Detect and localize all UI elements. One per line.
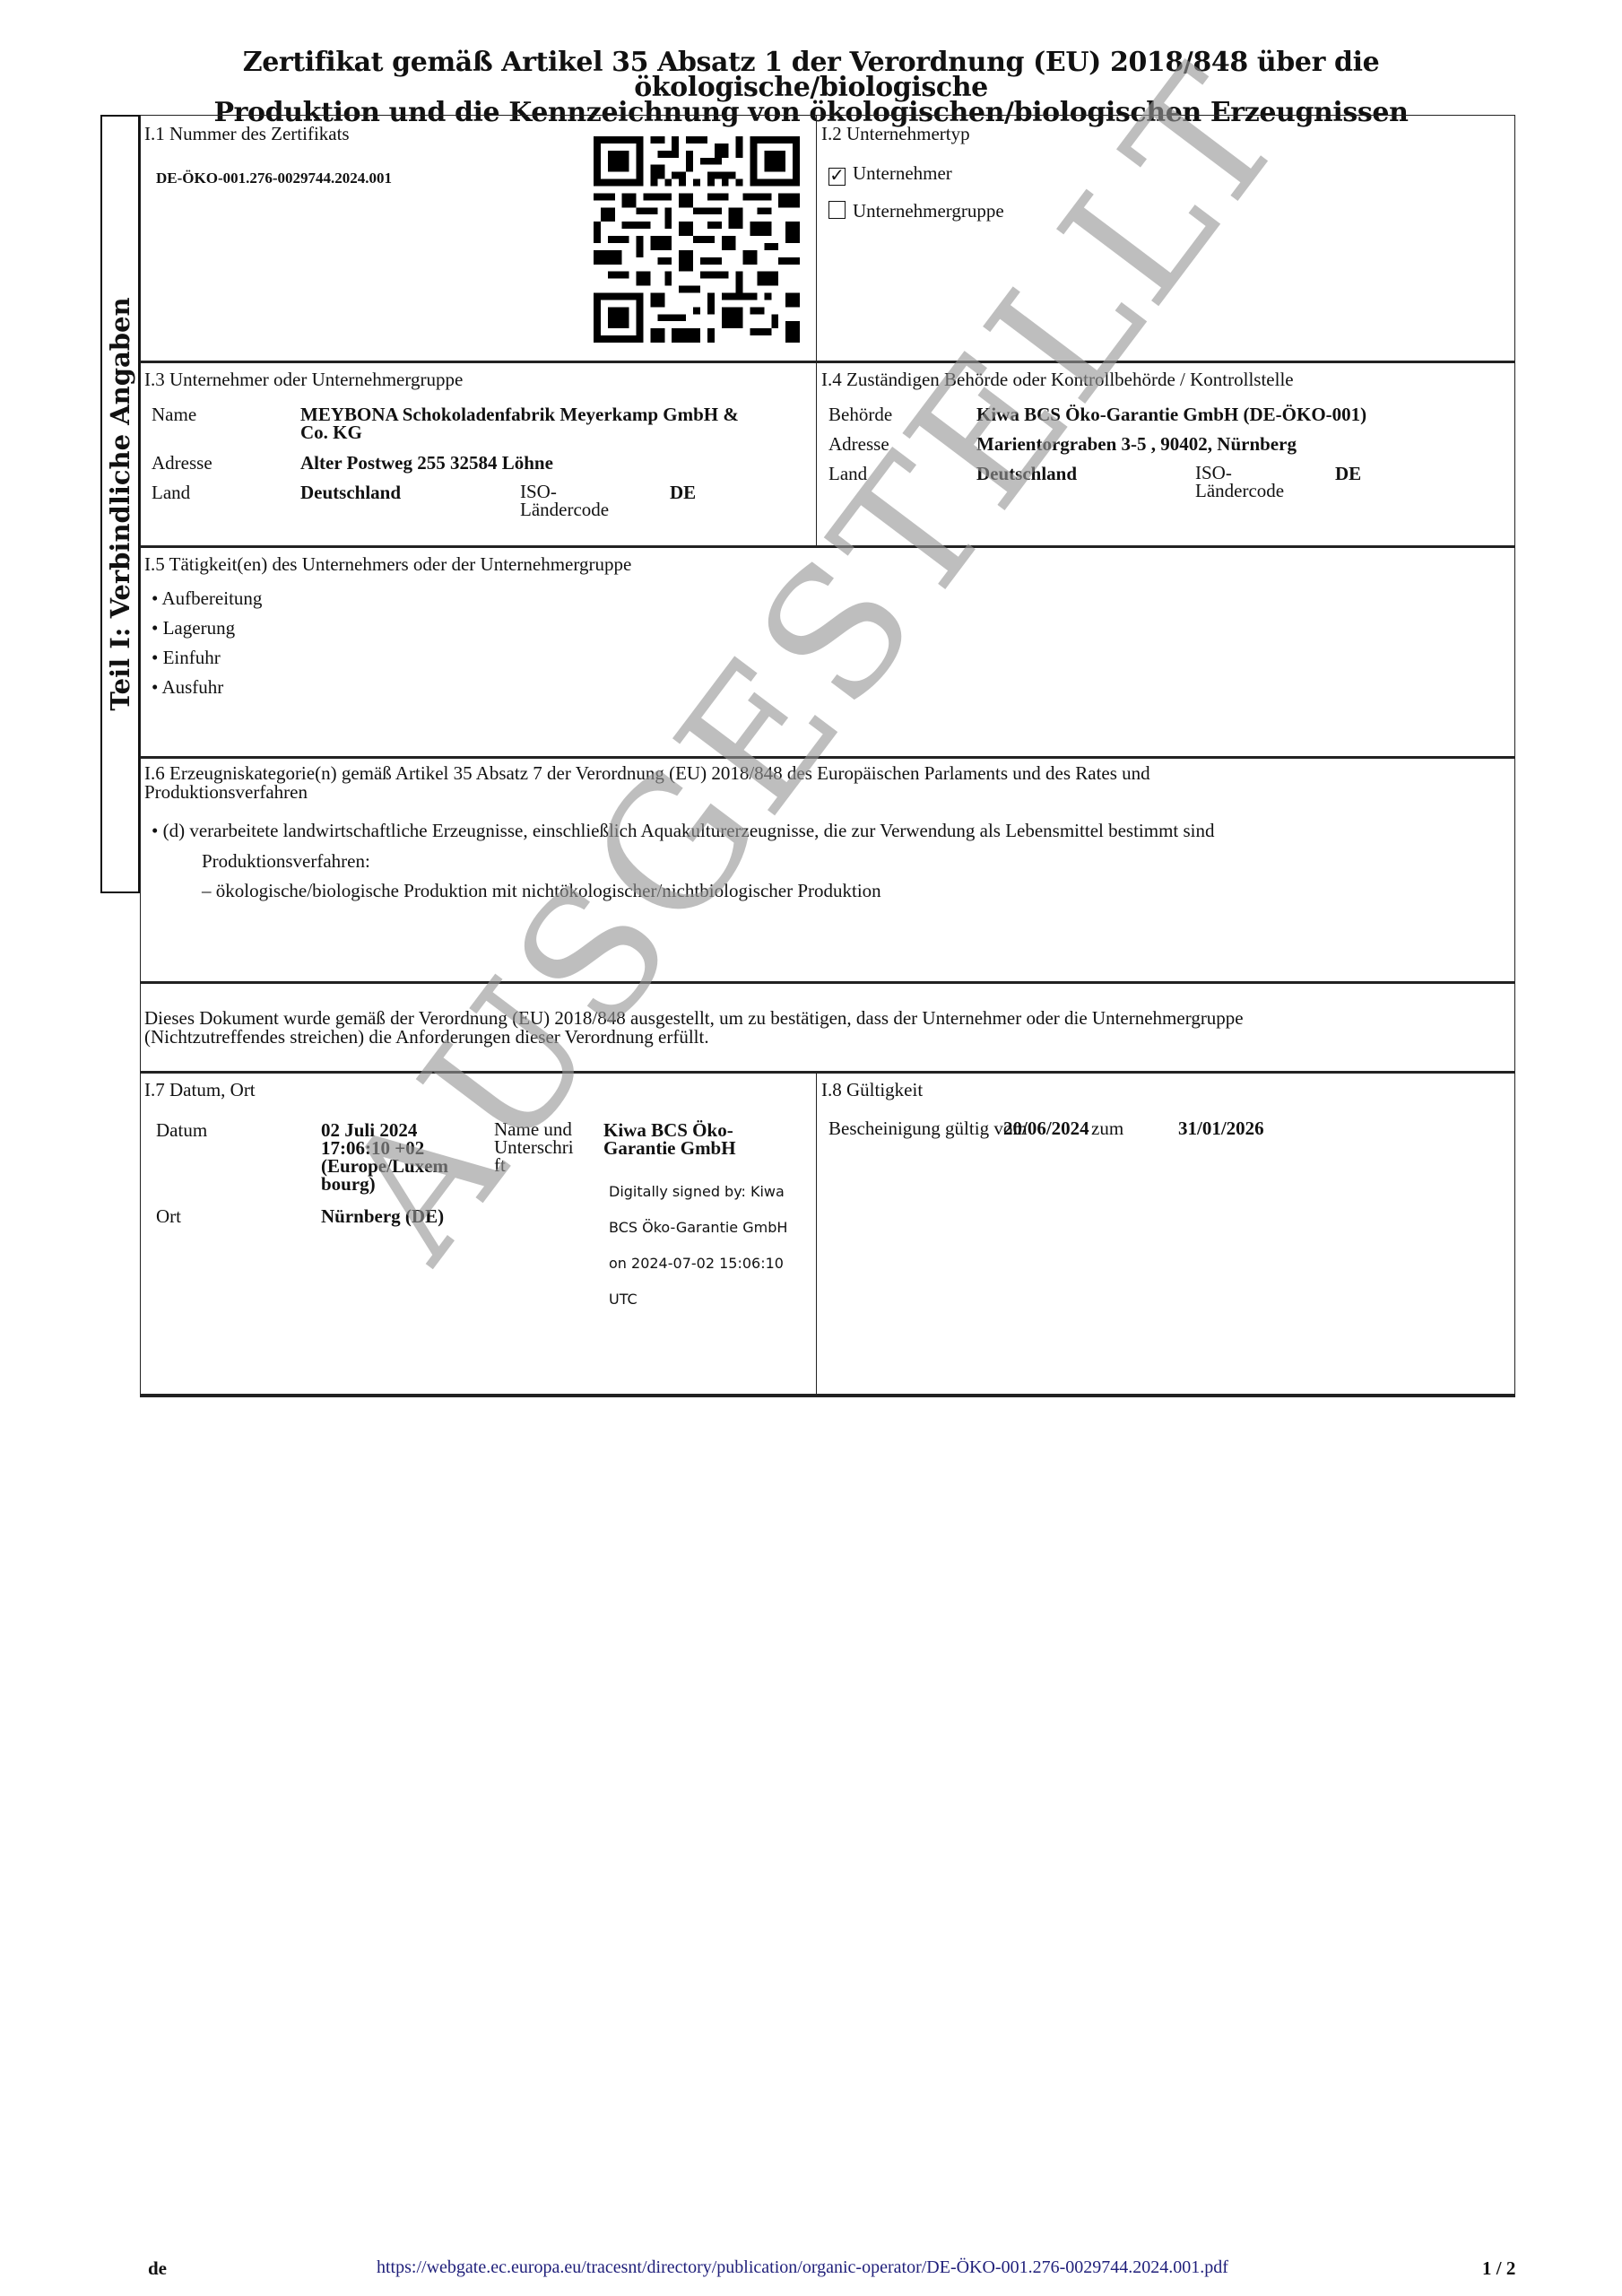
section-i4-authority: I.4 Zuständigen Behörde oder Kontrollbeh…	[816, 361, 1515, 546]
authority-country: Deutschland	[976, 465, 1077, 483]
footer-language: de	[148, 2257, 167, 2280]
signature-line: BCS Öko-Garantie GmbH	[609, 1210, 787, 1246]
issue-date-line: (Europe/Luxem	[321, 1157, 448, 1175]
operator-country: Deutschland	[300, 483, 401, 501]
production-procedure-label: Produktionsverfahren:	[202, 847, 370, 876]
production-procedure-value: – ökologische/biologische Produktion mit…	[202, 876, 881, 906]
i4-iso-label: ISO- Ländercode	[1195, 464, 1284, 500]
valid-to-date: 31/01/2026	[1178, 1119, 1264, 1137]
digital-signature: Digitally signed by: Kiwa BCS Öko-Garant…	[609, 1174, 787, 1318]
issue-place: Nürnberg (DE)	[321, 1207, 444, 1225]
i7-place-label: Ort	[156, 1206, 181, 1226]
section-statement: Dieses Dokument wurde gemäß der Verordnu…	[140, 981, 1515, 1072]
section-i5-activities: I.5 Tätigkeit(en) des Unternehmers oder …	[140, 545, 1515, 757]
checkbox-label-operator: Unternehmer	[853, 162, 952, 184]
checkbox-row-operator[interactable]: ✓Unternehmer	[828, 162, 952, 186]
activity-item: • Einfuhr	[152, 643, 262, 673]
i4-country-label: Land	[828, 464, 867, 483]
footer-page-number: 1 / 2	[1482, 2257, 1515, 2280]
operator-name-line-1: MEYBONA Schokoladenfabrik Meyerkamp GmbH…	[300, 405, 739, 423]
i2-label: I.2 Unternehmertyp	[821, 123, 970, 144]
i3-label: I.3 Unternehmer oder Unternehmergruppe	[144, 369, 463, 390]
valid-from-label: Bescheinigung gültig vom	[828, 1118, 1028, 1138]
checkbox-unchecked-icon[interactable]	[828, 201, 846, 219]
valid-from-date: 20/06/2024	[1003, 1119, 1089, 1137]
statement-line-2: (Nichtzutreffendes streichen) die Anford…	[144, 1028, 1244, 1047]
title-line-1: Zertifikat gemäß Artikel 35 Absatz 1 der…	[90, 50, 1532, 100]
checkbox-label-operator-group: Unternehmergruppe	[853, 200, 1004, 222]
operator-iso-code: DE	[670, 483, 696, 501]
activities-list: • Aufbereitung • Lagerung • Einfuhr • Au…	[152, 584, 262, 702]
i4-label: I.4 Zuständigen Behörde oder Kontrollbeh…	[821, 369, 1294, 390]
signer-label-line: ft	[494, 1156, 574, 1174]
section-i1-certificate-number: I.1 Nummer des Zertifikats DE-ÖKO-001.27…	[140, 115, 817, 361]
iso-label-line-1: ISO-	[1195, 464, 1284, 482]
compliance-statement: Dieses Dokument wurde gemäß der Verordnu…	[144, 1009, 1244, 1047]
section-i6-product-categories: I.6 Erzeugniskategorie(n) gemäß Artikel …	[140, 756, 1515, 982]
i8-label: I.8 Gültigkeit	[821, 1079, 923, 1100]
operator-name-line-2: Co. KG	[300, 423, 739, 441]
checkbox-row-operator-group[interactable]: Unternehmergruppe	[828, 200, 1004, 222]
issue-date-line: 02 Juli 2024	[321, 1121, 448, 1139]
i6-label-line-1: I.6 Erzeugniskategorie(n) gemäß Artikel …	[144, 764, 1150, 783]
signer-name-line: Kiwa BCS Öko-	[603, 1121, 736, 1139]
iso-label-line-2: Ländercode	[1195, 482, 1284, 500]
i4-address-label: Adresse	[828, 434, 889, 454]
section-i3-operator: I.3 Unternehmer oder Unternehmergruppe N…	[140, 361, 817, 546]
i3-address-label: Adresse	[152, 453, 213, 473]
issue-date-line: bourg)	[321, 1175, 448, 1193]
authority-address: Marientorgraben 3-5 , 90402, Nürnberg	[976, 435, 1297, 453]
i7-date-label: Datum	[156, 1120, 207, 1140]
signature-line: Digitally signed by: Kiwa	[609, 1174, 787, 1210]
i3-name-label: Name	[152, 404, 196, 424]
operator-address: Alter Postweg 255 32584 Löhne	[300, 454, 553, 472]
activity-item: • Lagerung	[152, 613, 262, 643]
signer-label-line: Unterschri	[494, 1138, 574, 1156]
i7-label: I.7 Datum, Ort	[144, 1079, 256, 1100]
authority-name: Kiwa BCS Öko-Garantie GmbH (DE-ÖKO-001)	[976, 405, 1366, 423]
section-i2-operator-type: I.2 Unternehmertyp ✓Unternehmer Unterneh…	[816, 115, 1515, 361]
valid-to-label: zum	[1091, 1118, 1123, 1138]
section-i7-date-place: I.7 Datum, Ort Datum 02 Juli 2024 17:06:…	[140, 1071, 817, 1397]
operator-name: MEYBONA Schokoladenfabrik Meyerkamp GmbH…	[300, 405, 739, 441]
issue-date-line: 17:06:10 +02	[321, 1139, 448, 1157]
iso-label-line-1: ISO-	[520, 483, 609, 500]
issue-date: 02 Juli 2024 17:06:10 +02 (Europe/Luxem …	[321, 1121, 448, 1193]
signer-label: Name und Unterschri ft	[494, 1120, 574, 1174]
activity-item: • Ausfuhr	[152, 673, 262, 702]
certificate-grid: I.1 Nummer des Zertifikats DE-ÖKO-001.27…	[140, 115, 1515, 1397]
signer-name: Kiwa BCS Öko- Garantie GmbH	[603, 1121, 736, 1157]
checkbox-checked-icon[interactable]: ✓	[828, 168, 846, 186]
activity-item: • Aufbereitung	[152, 584, 262, 613]
i3-iso-label: ISO- Ländercode	[520, 483, 609, 518]
signer-label-line: Name und	[494, 1120, 574, 1138]
signature-line: UTC	[609, 1282, 787, 1318]
part-one-side-tab: Teil I: Verbindliche Angaben	[100, 115, 140, 893]
i1-label: I.1 Nummer des Zertifikats	[144, 123, 350, 144]
i3-country-label: Land	[152, 483, 190, 502]
i6-label-line-2: Produktionsverfahren	[144, 783, 1150, 802]
side-tab-label: Teil I: Verbindliche Angaben	[105, 297, 135, 710]
certificate-number: DE-ÖKO-001.276-0029744.2024.001	[156, 170, 392, 187]
i4-authority-label: Behörde	[828, 404, 892, 424]
footer-document-link[interactable]: https://webgate.ec.europa.eu/tracesnt/di…	[377, 2257, 1228, 2278]
i6-label: I.6 Erzeugniskategorie(n) gemäß Artikel …	[144, 764, 1150, 802]
signer-name-line: Garantie GmbH	[603, 1139, 736, 1157]
signature-line: on 2024-07-02 15:06:10	[609, 1246, 787, 1282]
authority-iso-code: DE	[1335, 465, 1361, 483]
section-i8-validity: I.8 Gültigkeit Bescheinigung gültig vom …	[816, 1071, 1515, 1397]
product-category: • (d) verarbeitete landwirtschaftliche E…	[152, 816, 1215, 846]
i5-label: I.5 Tätigkeit(en) des Unternehmers oder …	[144, 553, 631, 575]
statement-line-1: Dieses Dokument wurde gemäß der Verordnu…	[144, 1009, 1244, 1028]
iso-label-line-2: Ländercode	[520, 500, 609, 518]
qr-code-icon	[594, 136, 800, 343]
